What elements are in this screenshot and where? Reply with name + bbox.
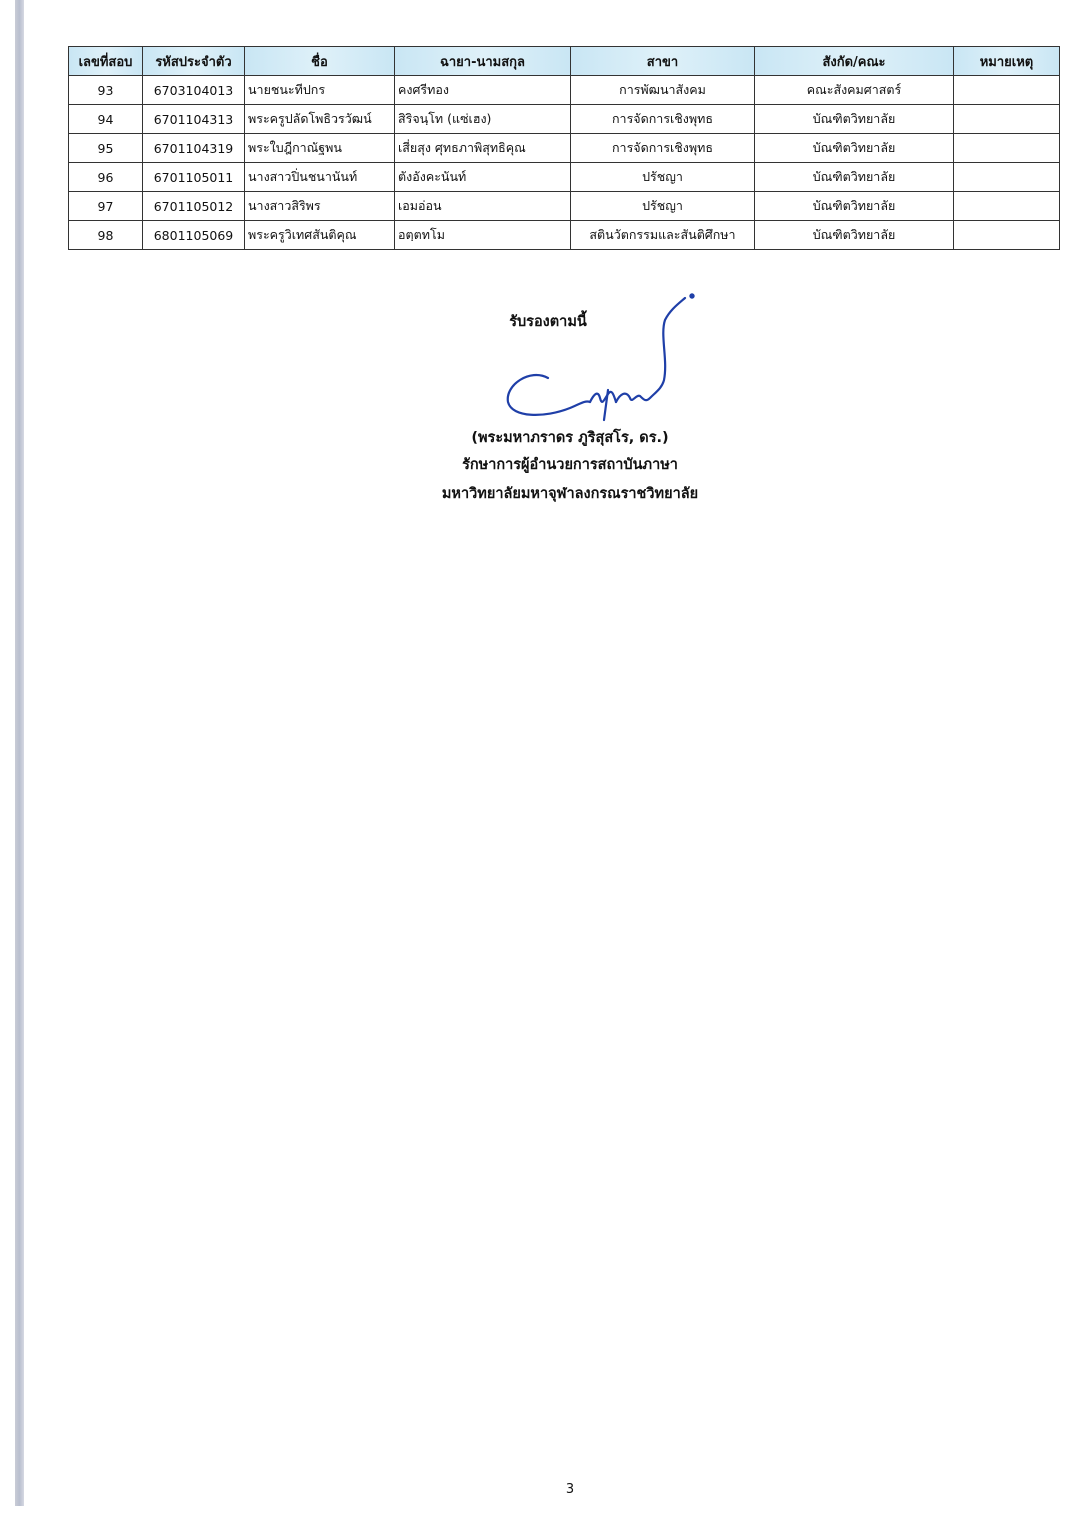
- cell-student-id: 6701104319: [143, 134, 245, 163]
- cell-student-id: 6801105069: [143, 221, 245, 250]
- cell-major: การจัดการเชิงพุทธ: [571, 134, 755, 163]
- cell-first-name: พระใบฎีกาณัฐพน: [245, 134, 395, 163]
- cell-remarks: [954, 105, 1060, 134]
- cell-first-name: พระครูปลัดโพธิวรวัฒน์: [245, 105, 395, 134]
- signer-organization: มหาวิทยาลัยมหาจุฬาลงกรณราชวิทยาลัย: [400, 482, 740, 505]
- cell-faculty: บัณฑิตวิทยาลัย: [755, 192, 954, 221]
- header-remarks: หมายเหตุ: [954, 47, 1060, 76]
- table-row: 976701105012นางสาวสิริพรเอมอ่อนปรัชญาบัณ…: [69, 192, 1060, 221]
- signer-name: (พระมหาภราดร ภูริสุสโร, ดร.): [400, 426, 740, 449]
- cell-student-id: 6701105011: [143, 163, 245, 192]
- student-list-table: เลขที่สอบ รหัสประจำตัว ชื่อ ฉายา-นามสกุล…: [68, 46, 1060, 250]
- cell-exam-number: 98: [69, 221, 143, 250]
- signature-image: [500, 290, 700, 440]
- cell-faculty: บัณฑิตวิทยาลัย: [755, 105, 954, 134]
- cell-exam-number: 94: [69, 105, 143, 134]
- cell-faculty: คณะสังคมศาสตร์: [755, 76, 954, 105]
- header-major: สาขา: [571, 47, 755, 76]
- cell-first-name: นางสาวปิ่นชนานันท์: [245, 163, 395, 192]
- header-surname: ฉายา-นามสกุล: [395, 47, 571, 76]
- cell-student-id: 6701105012: [143, 192, 245, 221]
- cell-major: ปรัชญา: [571, 163, 755, 192]
- header-first-name: ชื่อ: [245, 47, 395, 76]
- cell-faculty: บัณฑิตวิทยาลัย: [755, 221, 954, 250]
- cell-surname: คงศรีทอง: [395, 76, 571, 105]
- cell-student-id: 6703104013: [143, 76, 245, 105]
- cell-first-name: นายชนะทีปกร: [245, 76, 395, 105]
- cell-major: สตินวัตกรรมและสันติศึกษา: [571, 221, 755, 250]
- cell-exam-number: 95: [69, 134, 143, 163]
- signer-title: รักษาการผู้อำนวยการสถาบันภาษา: [400, 453, 740, 476]
- cell-surname: อตฺตทโม: [395, 221, 571, 250]
- cell-surname: ตังอังคะนันท์: [395, 163, 571, 192]
- cell-remarks: [954, 134, 1060, 163]
- page-edge-bar: [15, 0, 24, 1506]
- cell-surname: สิริจนฺโท (แซ่เฮง): [395, 105, 571, 134]
- table-row: 966701105011นางสาวปิ่นชนานันท์ตังอังคะนั…: [69, 163, 1060, 192]
- table-header-row: เลขที่สอบ รหัสประจำตัว ชื่อ ฉายา-นามสกุล…: [69, 47, 1060, 76]
- cell-faculty: บัณฑิตวิทยาลัย: [755, 163, 954, 192]
- header-exam-number: เลขที่สอบ: [69, 47, 143, 76]
- cell-surname: เสี่ยสุง ศุทธภาพิสุทธิคุณ: [395, 134, 571, 163]
- cell-surname: เอมอ่อน: [395, 192, 571, 221]
- page-number: 3: [540, 1482, 600, 1497]
- cell-major: การจัดการเชิงพุทธ: [571, 105, 755, 134]
- cell-major: ปรัชญา: [571, 192, 755, 221]
- cell-first-name: พระครูวิเทศสันติคุณ: [245, 221, 395, 250]
- cell-exam-number: 96: [69, 163, 143, 192]
- table-row: 986801105069พระครูวิเทศสันติคุณอตฺตทโมสต…: [69, 221, 1060, 250]
- header-faculty: สังกัด/คณะ: [755, 47, 954, 76]
- table-row: 956701104319พระใบฎีกาณัฐพนเสี่ยสุง ศุทธภ…: [69, 134, 1060, 163]
- cell-remarks: [954, 192, 1060, 221]
- table-row: 946701104313พระครูปลัดโพธิวรวัฒน์สิริจนฺ…: [69, 105, 1060, 134]
- cell-exam-number: 97: [69, 192, 143, 221]
- table-row: 936703104013นายชนะทีปกรคงศรีทองการพัฒนาส…: [69, 76, 1060, 105]
- cell-faculty: บัณฑิตวิทยาลัย: [755, 134, 954, 163]
- header-student-id: รหัสประจำตัว: [143, 47, 245, 76]
- cell-first-name: นางสาวสิริพร: [245, 192, 395, 221]
- cell-remarks: [954, 76, 1060, 105]
- cell-remarks: [954, 163, 1060, 192]
- cell-student-id: 6701104313: [143, 105, 245, 134]
- cell-remarks: [954, 221, 1060, 250]
- cell-major: การพัฒนาสังคม: [571, 76, 755, 105]
- cell-exam-number: 93: [69, 76, 143, 105]
